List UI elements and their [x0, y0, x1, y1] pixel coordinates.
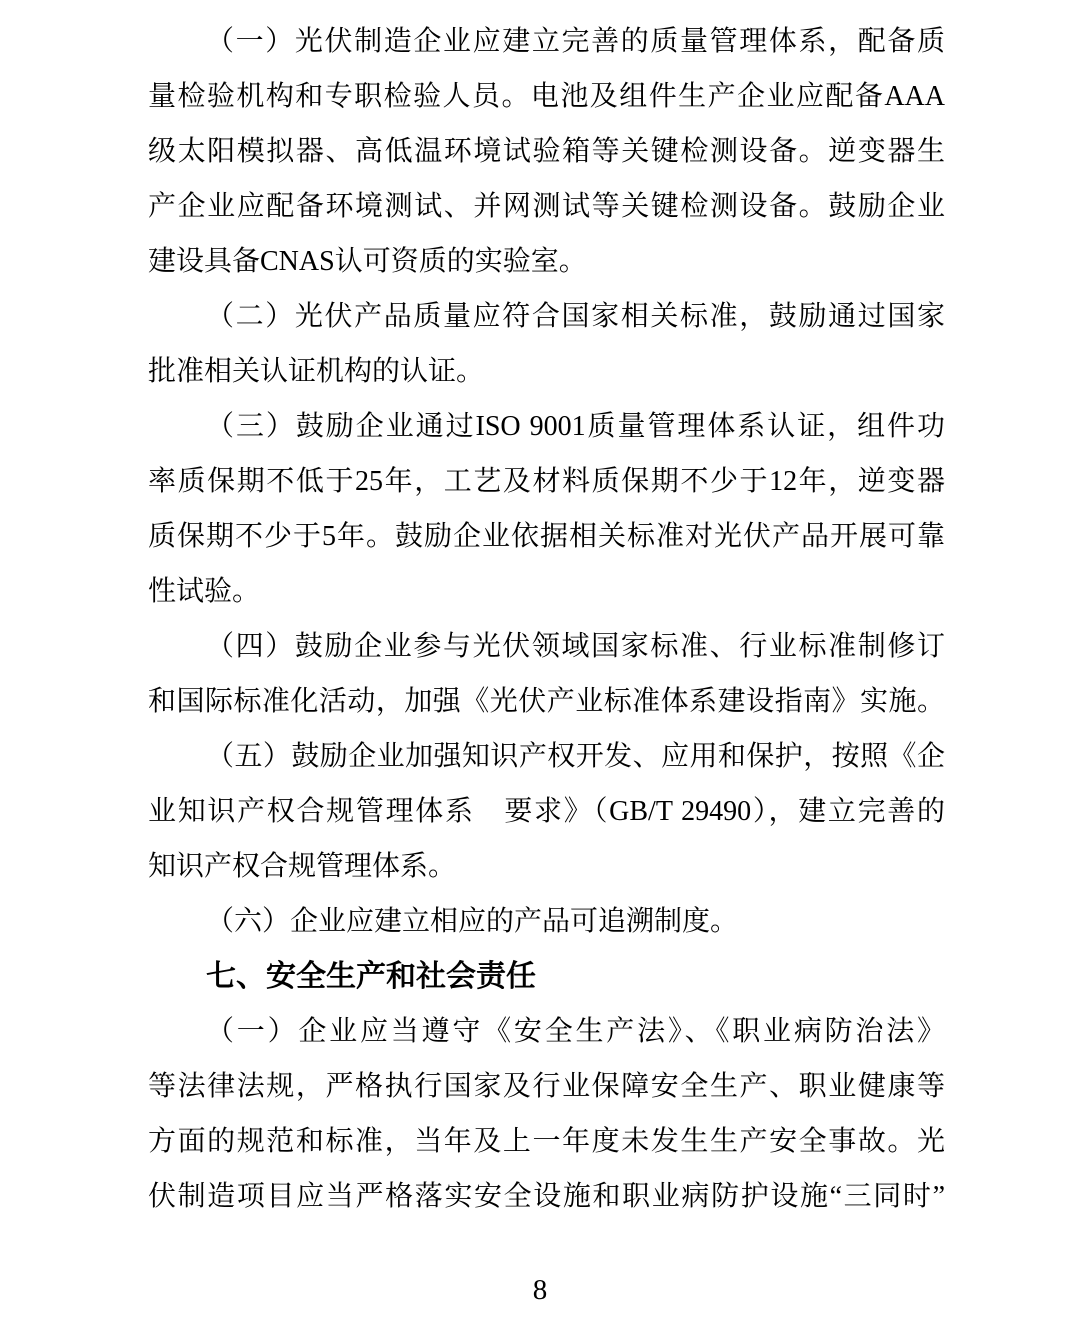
text-line: （六）企业应建立相应的产品可追溯制度。: [148, 894, 945, 949]
paragraph: （二）光伏产品质量应符合国家相关标准，鼓励通过国家批准相关认证机构的认证。: [148, 289, 945, 399]
text-line: 批准相关认证机构的认证。: [148, 344, 945, 399]
text-line: 等法律法规，严格执行国家及行业保障安全生产、职业健康等: [148, 1059, 945, 1114]
text-line: 量检验机构和专职检验人员。电池及组件生产企业应配备AAA: [148, 69, 945, 124]
paragraph: （五）鼓励企业加强知识产权开发、应用和保护，按照《企业知识产权合规管理体系 要求…: [148, 729, 945, 894]
paragraph: （一）光伏制造企业应建立完善的质量管理体系，配备质量检验机构和专职检验人员。电池…: [148, 14, 945, 289]
text-line: 产企业应配备环境测试、并网测试等关键检测设备。鼓励企业: [148, 179, 945, 234]
text-line: （三）鼓励企业通过ISO 9001质量管理体系认证，组件功: [148, 399, 945, 454]
text-line: 方面的规范和标准，当年及上一年度未发生生产安全事故。光: [148, 1114, 945, 1169]
paragraph: （六）企业应建立相应的产品可追溯制度。: [148, 894, 945, 949]
section-heading: 七、安全生产和社会责任: [148, 949, 945, 1004]
text-line: 业知识产权合规管理体系 要求》（GB/T 29490），建立完善的: [148, 784, 945, 839]
text-line: 性试验。: [148, 564, 945, 619]
text-line: （一）光伏制造企业应建立完善的质量管理体系，配备质: [148, 14, 945, 69]
text-line: 和国际标准化活动，加强《光伏产业标准体系建设指南》实施。: [148, 674, 945, 729]
text-line: （五）鼓励企业加强知识产权开发、应用和保护，按照《企: [148, 729, 945, 784]
page-number: 8: [0, 1272, 1080, 1308]
paragraph: （四）鼓励企业参与光伏领域国家标准、行业标准制修订和国际标准化活动，加强《光伏产…: [148, 619, 945, 729]
text-line: 级太阳模拟器、高低温环境试验箱等关键检测设备。逆变器生: [148, 124, 945, 179]
text-line: 知识产权合规管理体系。: [148, 839, 945, 894]
text-line: （二）光伏产品质量应符合国家相关标准，鼓励通过国家: [148, 289, 945, 344]
document-content: （一）光伏制造企业应建立完善的质量管理体系，配备质量检验机构和专职检验人员。电池…: [148, 14, 945, 1224]
text-line: 七、安全生产和社会责任: [148, 949, 945, 1004]
text-line: （四）鼓励企业参与光伏领域国家标准、行业标准制修订: [148, 619, 945, 674]
paragraph: （三）鼓励企业通过ISO 9001质量管理体系认证，组件功率质保期不低于25年，…: [148, 399, 945, 619]
text-line: 质保期不少于5年。鼓励企业依据相关标准对光伏产品开展可靠: [148, 509, 945, 564]
text-line: 率质保期不低于25年，工艺及材料质保期不少于12年，逆变器: [148, 454, 945, 509]
text-line: 伏制造项目应当严格落实安全设施和职业病防护设施“三同时”: [148, 1169, 945, 1224]
paragraph: （一）企业应当遵守《安全生产法》、《职业病防治法》等法律法规，严格执行国家及行业…: [148, 1004, 945, 1224]
text-line: 建设具备CNAS认可资质的实验室。: [148, 234, 945, 289]
document-page: （一）光伏制造企业应建立完善的质量管理体系，配备质量检验机构和专职检验人员。电池…: [0, 0, 1080, 1331]
text-line: （一）企业应当遵守《安全生产法》、《职业病防治法》: [148, 1004, 945, 1059]
